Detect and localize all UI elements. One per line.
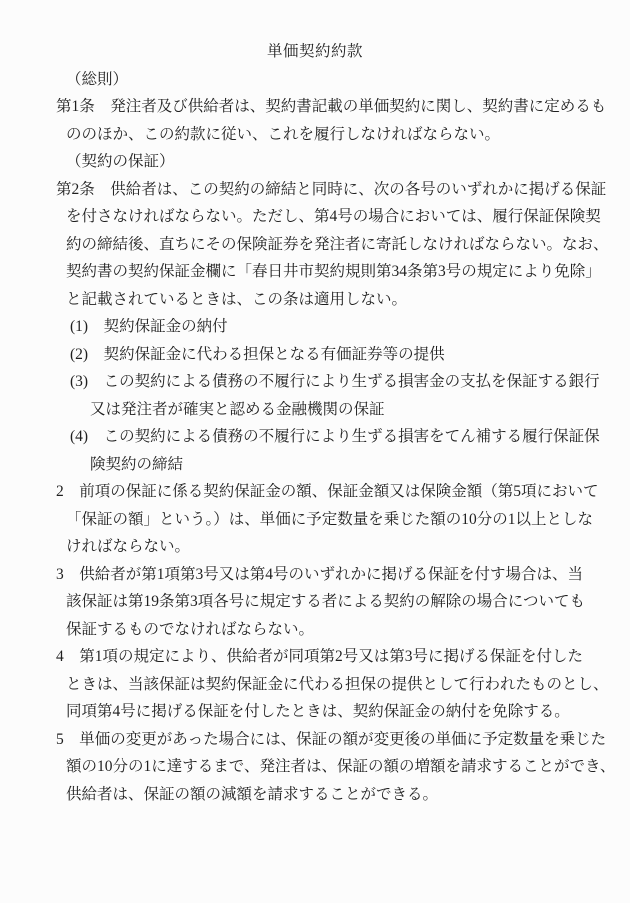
document-line: （総則） <box>0 66 630 94</box>
document-line: 又は発注者が確実と認める金融機関の保証 <box>0 396 630 424</box>
document-page: 単価契約約款 （総則）第1条 発注者及び供給者は、契約書記載の単価契約に関し、契… <box>0 0 630 903</box>
document-line: ければならない。 <box>0 533 630 561</box>
document-line: と記載されているときは、この条は適用しない。 <box>0 286 630 314</box>
document-line: (3) この契約による債務の不履行により生ずる損害金の支払を保証する銀行 <box>0 368 630 396</box>
document-line: 該保証は第19条第3項各号に規定する者による契約の解除の場合についても <box>0 588 630 616</box>
document-line: 保証するものでなければならない。 <box>0 616 630 644</box>
document-line: 契約書の契約保証金欄に「春日井市契約規則第34条第3号の規定により免除」 <box>0 258 630 286</box>
document-line: 供給者は、保証の額の減額を請求することができる。 <box>0 781 630 809</box>
document-body: （総則）第1条 発注者及び供給者は、契約書記載の単価契約に関し、契約書に定めるも… <box>0 66 630 809</box>
document-line: 「保証の額」という。）は、単価に予定数量を乗じた額の10分の1以上としな <box>0 506 630 534</box>
document-line: 第2条 供給者は、この契約の締結と同時に、次の各号のいずれかに掲げる保証 <box>0 176 630 204</box>
document-line: （契約の保証） <box>0 148 630 176</box>
document-title: 単価契約約款 <box>0 38 630 66</box>
document-line: ののほか、この約款に従い、これを履行しなければならない。 <box>0 121 630 149</box>
document-line: 2 前項の保証に係る契約保証金の額、保証金額又は保険金額（第5項において <box>0 478 630 506</box>
document-line: (1) 契約保証金の納付 <box>0 313 630 341</box>
document-line: (2) 契約保証金に代わる担保となる有価証券等の提供 <box>0 341 630 369</box>
document-line: 4 第1項の規定により、供給者が同項第2号又は第3号に掲げる保証を付した <box>0 643 630 671</box>
document-line: ときは、当該保証は契約保証金に代わる担保の提供として行われたものとし、 <box>0 671 630 699</box>
document-line: 5 単価の変更があった場合には、保証の額が変更後の単価に予定数量を乗じた <box>0 726 630 754</box>
document-line: 約の締結後、直ちにその保険証券を発注者に寄託しなければならない。なお、 <box>0 231 630 259</box>
document-line: 額の10分の1に達するまで、発注者は、保証の額の増額を請求することができ、 <box>0 753 630 781</box>
document-line: を付さなければならない。ただし、第4号の場合においては、履行保証保険契 <box>0 203 630 231</box>
document-line: (4) この契約による債務の不履行により生ずる損害をてん補する履行保証保 <box>0 423 630 451</box>
document-line: 険契約の締結 <box>0 451 630 479</box>
document-line: 第1条 発注者及び供給者は、契約書記載の単価契約に関し、契約書に定めるも <box>0 93 630 121</box>
document-line: 同項第4号に掲げる保証を付したときは、契約保証金の納付を免除する。 <box>0 698 630 726</box>
document-line: 3 供給者が第1項第3号又は第4号のいずれかに掲げる保証を付す場合は、当 <box>0 561 630 589</box>
